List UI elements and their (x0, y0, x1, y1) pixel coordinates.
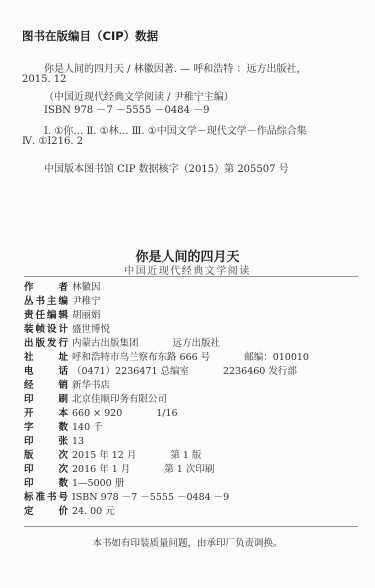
row-value: 1—5000 册 (72, 477, 124, 491)
row-label: 印 张 (24, 435, 68, 449)
row-label: 印 刷 (24, 393, 68, 407)
cip-line-isbn: ISBN 978 －7 －5555 －0484 －9 (44, 101, 210, 116)
row-extra: 第 1 次印刷 (164, 463, 214, 477)
row-label: 电 话 (24, 365, 68, 379)
colophon-row: 丛书主编尹稚宁 (24, 295, 101, 309)
row-value: 林徽因 (72, 281, 101, 295)
colophon-row: 定 价24. 00 元 (24, 505, 115, 519)
colophon-row: 标准书号ISBN 978 －7 －5555 －0484 －9 (24, 491, 229, 505)
row-label: 社 址 (24, 351, 68, 365)
row-value: 140 千 (72, 421, 103, 435)
colophon-row: 印 刷北京佳顺印务有限公司 (24, 393, 167, 407)
row-label: 字 数 (24, 421, 68, 435)
colophon-row: 印 数1—5000 册 (24, 477, 124, 491)
row-label: 定 价 (24, 505, 68, 519)
colophon-row: 社 址呼和浩特市乌兰察布东路 666 号邮编：010010 (24, 351, 309, 365)
row-value: 24. 00 元 (72, 505, 115, 519)
row-label: 印 次 (24, 463, 68, 477)
colophon-row: 开 本660 × 9201/16 (24, 407, 178, 421)
row-value: 尹稚宁 (72, 295, 101, 309)
divider-bottom (24, 526, 358, 527)
row-extra: 远方出版社 (173, 337, 221, 351)
row-label: 经 销 (24, 379, 68, 393)
row-extra: 第 1 版 (170, 449, 201, 463)
row-value: 2016 年 1 月 (72, 463, 130, 477)
colophon-row: 电 话（0471）2236471 总编室2236460 发行部 (24, 365, 297, 379)
row-value: ISBN 978 －7 －5555 －0484 －9 (72, 491, 229, 505)
colophon-row: 责任编辑胡丽娟 (24, 309, 101, 323)
row-label: 出版发行 (24, 337, 68, 351)
colophon-row: 字 数140 千 (24, 421, 103, 435)
colophon-row: 印 张13 (24, 435, 84, 449)
row-value: 盛世博悦 (72, 323, 110, 337)
cip-line-2: 2015. 12 (22, 74, 67, 85)
cip-line-verification: 中国版本图书馆 CIP 数据核字（2015）第 205507 号 (44, 160, 289, 175)
colophon-row: 作 者林徽因 (24, 281, 101, 295)
row-label: 印 数 (24, 477, 68, 491)
colophon-row: 装帧设计盛世博悦 (24, 323, 110, 337)
cip-line-1: 你是人间的四月天 / 林徽因著. — 呼和浩特 ：远方出版社， (44, 60, 306, 75)
row-label: 丛书主编 (24, 295, 68, 309)
row-label: 版 次 (24, 449, 68, 463)
cip-line-classification: Ⅰ. ①你… Ⅱ. ①林… Ⅲ. ①中国文学－现代文学－作品综合集 (44, 122, 307, 137)
row-label: 责任编辑 (24, 309, 68, 323)
series-title: 中国近现代经典文学阅读 (0, 262, 375, 277)
colophon-row: 经 销新华书店 (24, 379, 110, 393)
colophon-row: 版 次2015 年 12 月第 1 版 (24, 449, 201, 463)
row-value: 北京佳顺印务有限公司 (72, 393, 167, 407)
row-label: 作 者 (24, 281, 68, 295)
row-value: 新华书店 (72, 379, 110, 393)
cip-heading: 图书在版编目（CIP）数据 (22, 28, 158, 44)
row-label: 标准书号 (24, 491, 68, 505)
row-value: （0471）2236471 总编室 (72, 365, 189, 379)
quality-notice: 本书如有印装质量问题，由承印厂负责调换。 (0, 535, 375, 549)
row-value: 内蒙古出版集团 (72, 337, 139, 351)
row-value: 呼和浩特市乌兰察布东路 666 号 (72, 351, 210, 365)
row-extra: 1/16 (156, 407, 177, 421)
colophon-row: 出版发行内蒙古出版集团远方出版社 (24, 337, 220, 351)
row-value: 胡丽娟 (72, 309, 101, 323)
divider-top (24, 276, 358, 277)
row-extra: 邮编：010010 (244, 351, 309, 365)
row-extra: 2236460 发行部 (223, 365, 297, 379)
colophon-row: 印 次2016 年 1 月第 1 次印刷 (24, 463, 214, 477)
row-value: 2015 年 12 月 (72, 449, 136, 463)
cip-line-clc: Ⅳ. ①I216. 2 (22, 136, 83, 147)
row-label: 开 本 (24, 407, 68, 421)
row-value: 660 × 920 (72, 407, 122, 421)
row-label: 装帧设计 (24, 323, 68, 337)
row-value: 13 (72, 435, 84, 449)
